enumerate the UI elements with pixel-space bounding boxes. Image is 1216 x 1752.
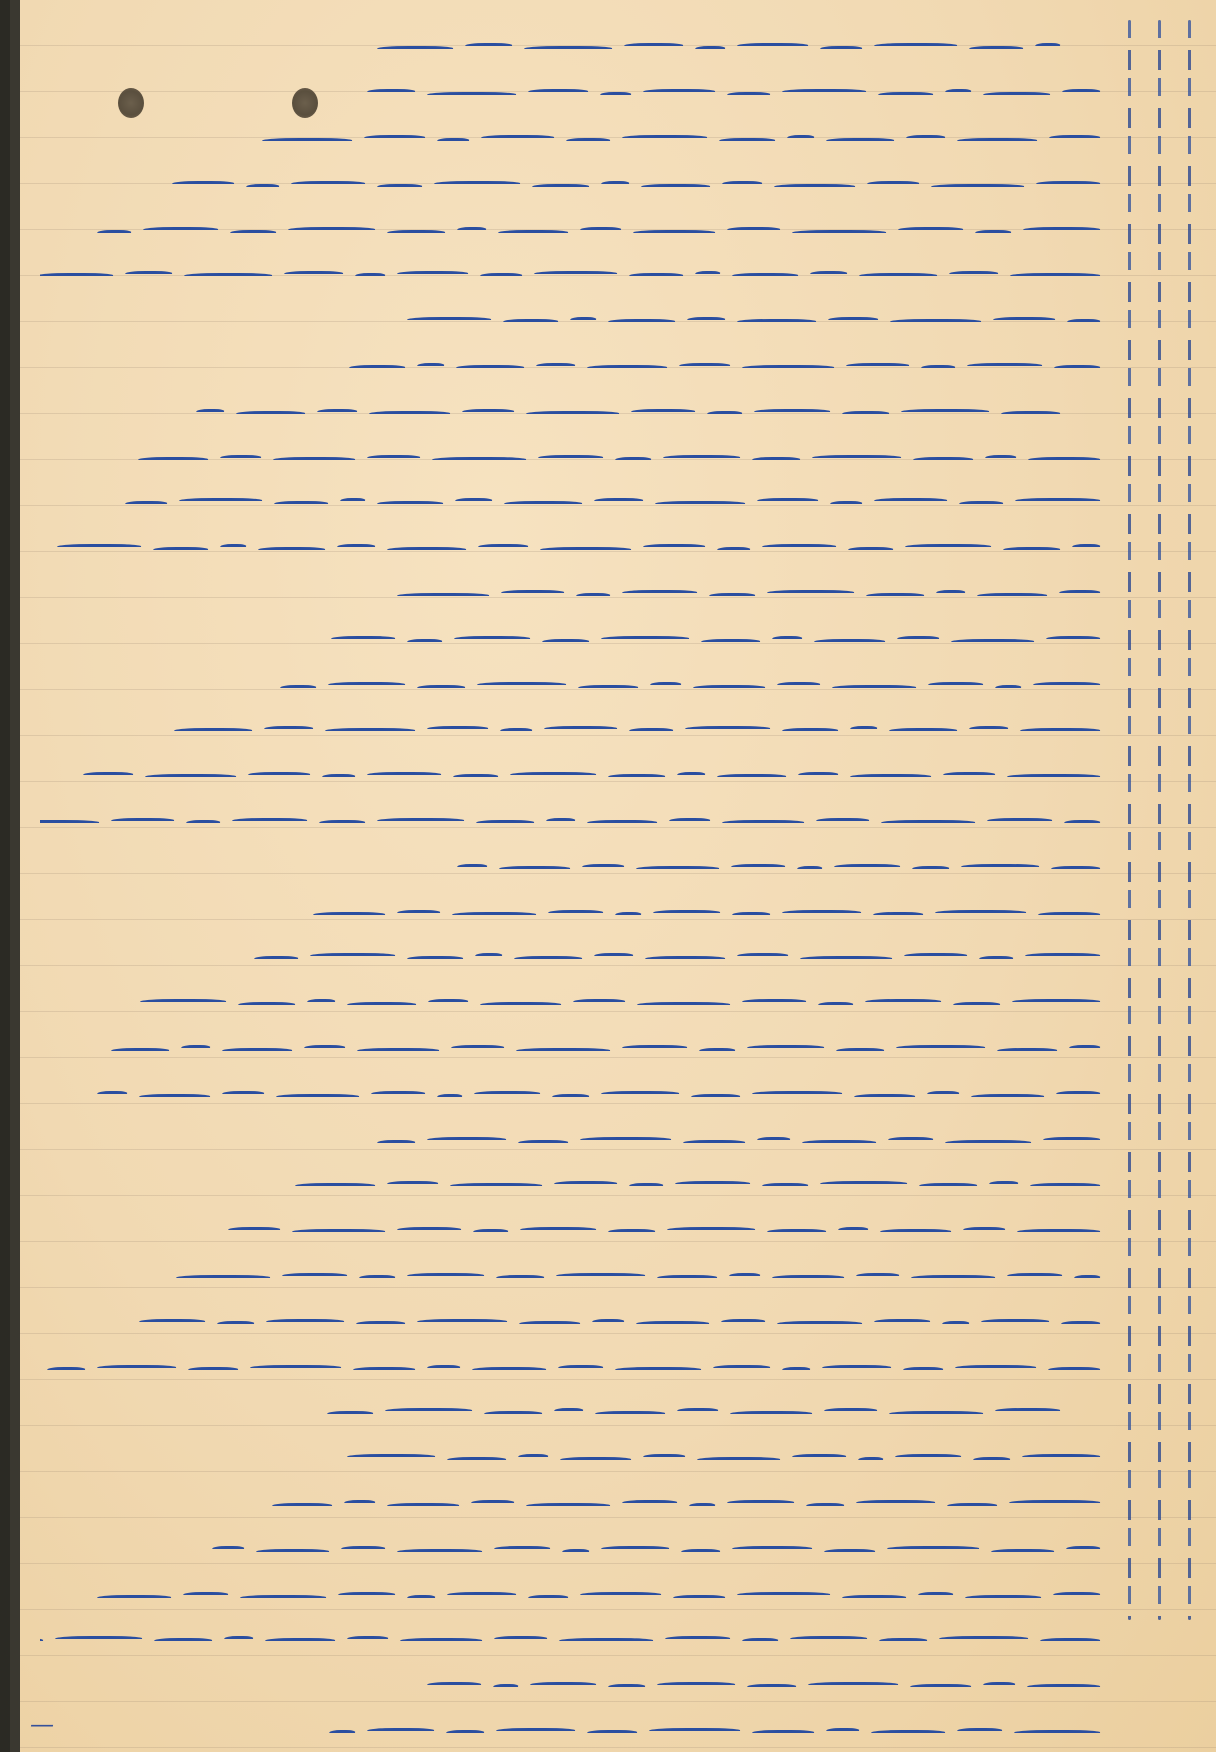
handwritten-line	[40, 667, 1106, 697]
handwritten-line	[40, 349, 1106, 379]
handwritten-line	[40, 1577, 1106, 1607]
handwritten-line	[40, 713, 1106, 743]
signature: —	[30, 1710, 54, 1738]
handwritten-line	[40, 1668, 1106, 1698]
handwritten-line	[40, 1441, 1106, 1471]
handwritten-line	[40, 1623, 1106, 1653]
handwritten-line	[40, 1350, 1106, 1380]
letter-page: —	[10, 0, 1216, 1752]
handwritten-line	[40, 1486, 1106, 1516]
handwritten-line	[40, 212, 1106, 242]
handwritten-line	[40, 394, 1066, 424]
margin-note	[1108, 20, 1208, 1720]
handwritten-line	[40, 1031, 1106, 1061]
handwritten-line	[110, 1714, 1106, 1744]
handwritten-line	[40, 940, 1106, 970]
handwritten-line	[40, 622, 1106, 652]
handwritten-line	[40, 576, 1106, 606]
handwritten-line	[40, 440, 1106, 470]
handwritten-line	[40, 804, 1106, 834]
handwritten-line	[40, 76, 1106, 106]
handwritten-line	[40, 30, 1066, 60]
handwritten-line	[40, 1304, 1106, 1334]
handwritten-line	[40, 258, 1106, 288]
handwritten-line	[40, 1395, 1066, 1425]
handwritten-line	[40, 849, 1106, 879]
handwritten-line	[40, 758, 1106, 788]
handwritten-line	[40, 485, 1106, 515]
handwritten-line	[40, 121, 1106, 151]
handwritten-line	[40, 895, 1106, 925]
handwritten-line	[40, 1259, 1106, 1289]
handwritten-line	[40, 531, 1106, 561]
scan-edge	[10, 0, 20, 1752]
handwritten-line	[40, 1532, 1106, 1562]
handwritten-line	[40, 1122, 1106, 1152]
handwritten-line	[40, 167, 1106, 197]
handwritten-line	[40, 1168, 1106, 1198]
handwritten-line	[40, 986, 1106, 1016]
handwritten-line	[40, 303, 1106, 333]
handwritten-line	[40, 1077, 1106, 1107]
handwritten-line	[40, 1213, 1106, 1243]
